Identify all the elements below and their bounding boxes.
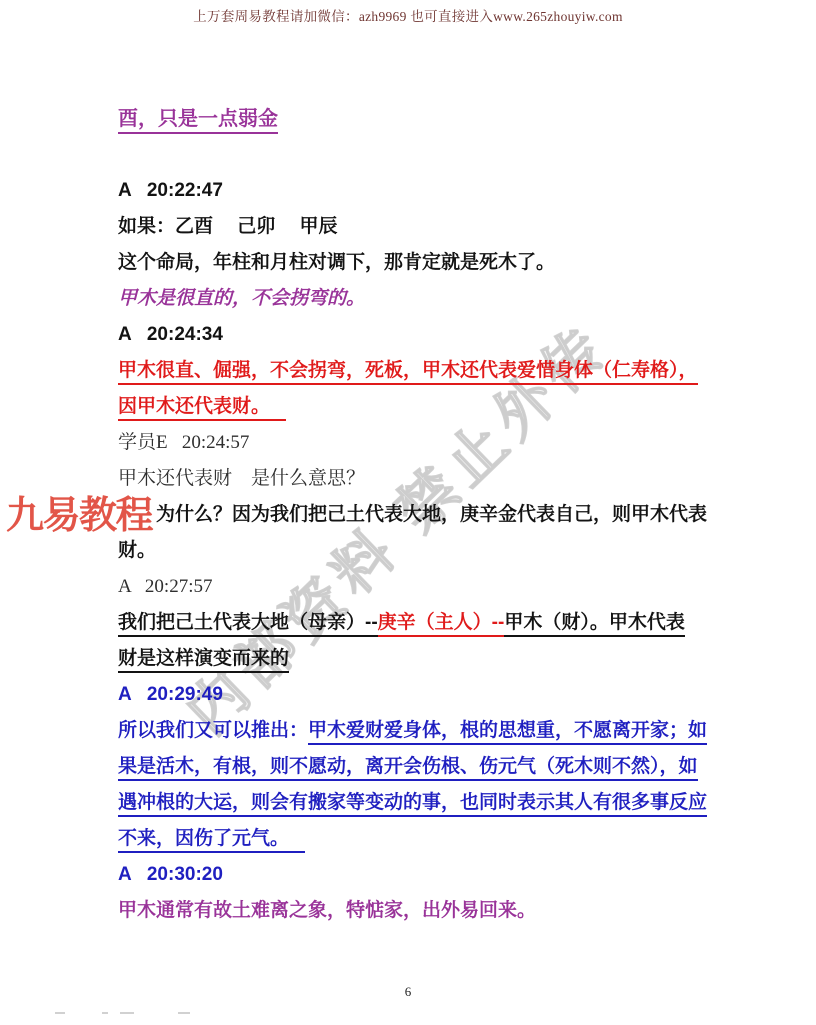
message-line: 这个命局，年柱和月柱对调下，那肯定就是死木了。 — [118, 245, 778, 281]
underlined-text: 甲木爱财爱身体，根的思想重，不愿离开家；如 — [308, 720, 707, 745]
underlined-text: 财是这样演变而来的 — [118, 648, 289, 673]
message-line: 遇冲根的大运，则会有搬家等变动的事，也同时表示其人有很多事反应 — [118, 785, 778, 821]
underlined-text: 我们把己土代表大地（母亲）-- — [118, 612, 378, 637]
message-line: 不来，因伤了元气。 — [118, 821, 778, 857]
jiuyi-logo-stamp: 九易教程 — [6, 496, 152, 536]
timestamp-line: A 20:24:34 — [118, 317, 778, 353]
document-page: 上万套周易教程请加微信：azh9969 也可直接进入www.265zhouyiw… — [0, 0, 816, 1025]
timestamp-line: A 20:30:20 — [118, 857, 778, 893]
message-line: 财。 — [118, 533, 778, 569]
message-line: 果是活木，有根，则不愿动，离开会伤根、伤元气（死木则不然），如 — [118, 749, 778, 785]
blank-line — [118, 137, 778, 173]
message-line: 甲木通常有故土难离之象，特惦家，出外易回来。 — [118, 893, 778, 929]
message-line: 甲木还代表财 是什么意思？ — [118, 461, 778, 497]
underlined-text: 因甲木还代表财。 — [118, 396, 286, 421]
text-line-heading: 酉，只是一点弱金 — [118, 101, 778, 137]
message-line: 甲木是很直的，不会拐弯的。 — [118, 281, 778, 317]
message-line: 为什么？因为我们把己土代表大地，庚辛金代表自己，则甲木代表 — [118, 497, 778, 533]
page-edge-artifact — [50, 1012, 250, 1016]
underlined-text: 果是活木，有根，则不愿动，离开会伤根、伤元气（死木则不然），如 — [118, 756, 698, 781]
message-line: 因甲木还代表财。 — [118, 389, 778, 425]
message-line: 财是这样演变而来的 — [118, 641, 778, 677]
timestamp-line: 学员E 20:24:57 — [118, 425, 778, 461]
underlined-text: 遇冲根的大运，则会有搬家等变动的事，也同时表示其人有很多事反应 — [118, 792, 707, 817]
underlined-text: 甲木（财）。甲木代表 — [504, 612, 685, 637]
timestamp-line: A 20:29:49 — [118, 677, 778, 713]
message-line: 所以我们又可以推出：甲木爱财爱身体，根的思想重，不愿离开家；如 — [118, 713, 778, 749]
document-body: 酉，只是一点弱金 A 20:22:47 如果：乙酉 己卯 甲辰 这个命局，年柱和… — [118, 101, 778, 929]
underlined-text: 不来，因伤了元气。 — [118, 828, 305, 853]
message-line: 如果：乙酉 己卯 甲辰 — [118, 209, 778, 245]
underlined-text: 酉，只是一点弱金 — [118, 108, 278, 134]
message-line: 我们把己土代表大地（母亲）--庚辛（主人）--甲木（财）。甲木代表 — [118, 605, 778, 641]
underlined-red-text: 庚辛（主人）-- — [378, 612, 505, 637]
underlined-text: 甲木很直、倔强，不会拐弯，死板，甲木还代表爱惜身体（仁寿格）， — [118, 360, 698, 385]
plain-text: 所以我们又可以推出： — [118, 720, 308, 741]
page-header-text: 上万套周易教程请加微信：azh9969 也可直接进入www.265zhouyiw… — [0, 5, 816, 25]
message-line: 甲木很直、倔强，不会拐弯，死板，甲木还代表爱惜身体（仁寿格）， — [118, 353, 778, 389]
timestamp-line: A 20:22:47 — [118, 173, 778, 209]
page-number: 6 — [0, 984, 816, 1000]
timestamp-line: A 20:27:57 — [118, 569, 778, 605]
